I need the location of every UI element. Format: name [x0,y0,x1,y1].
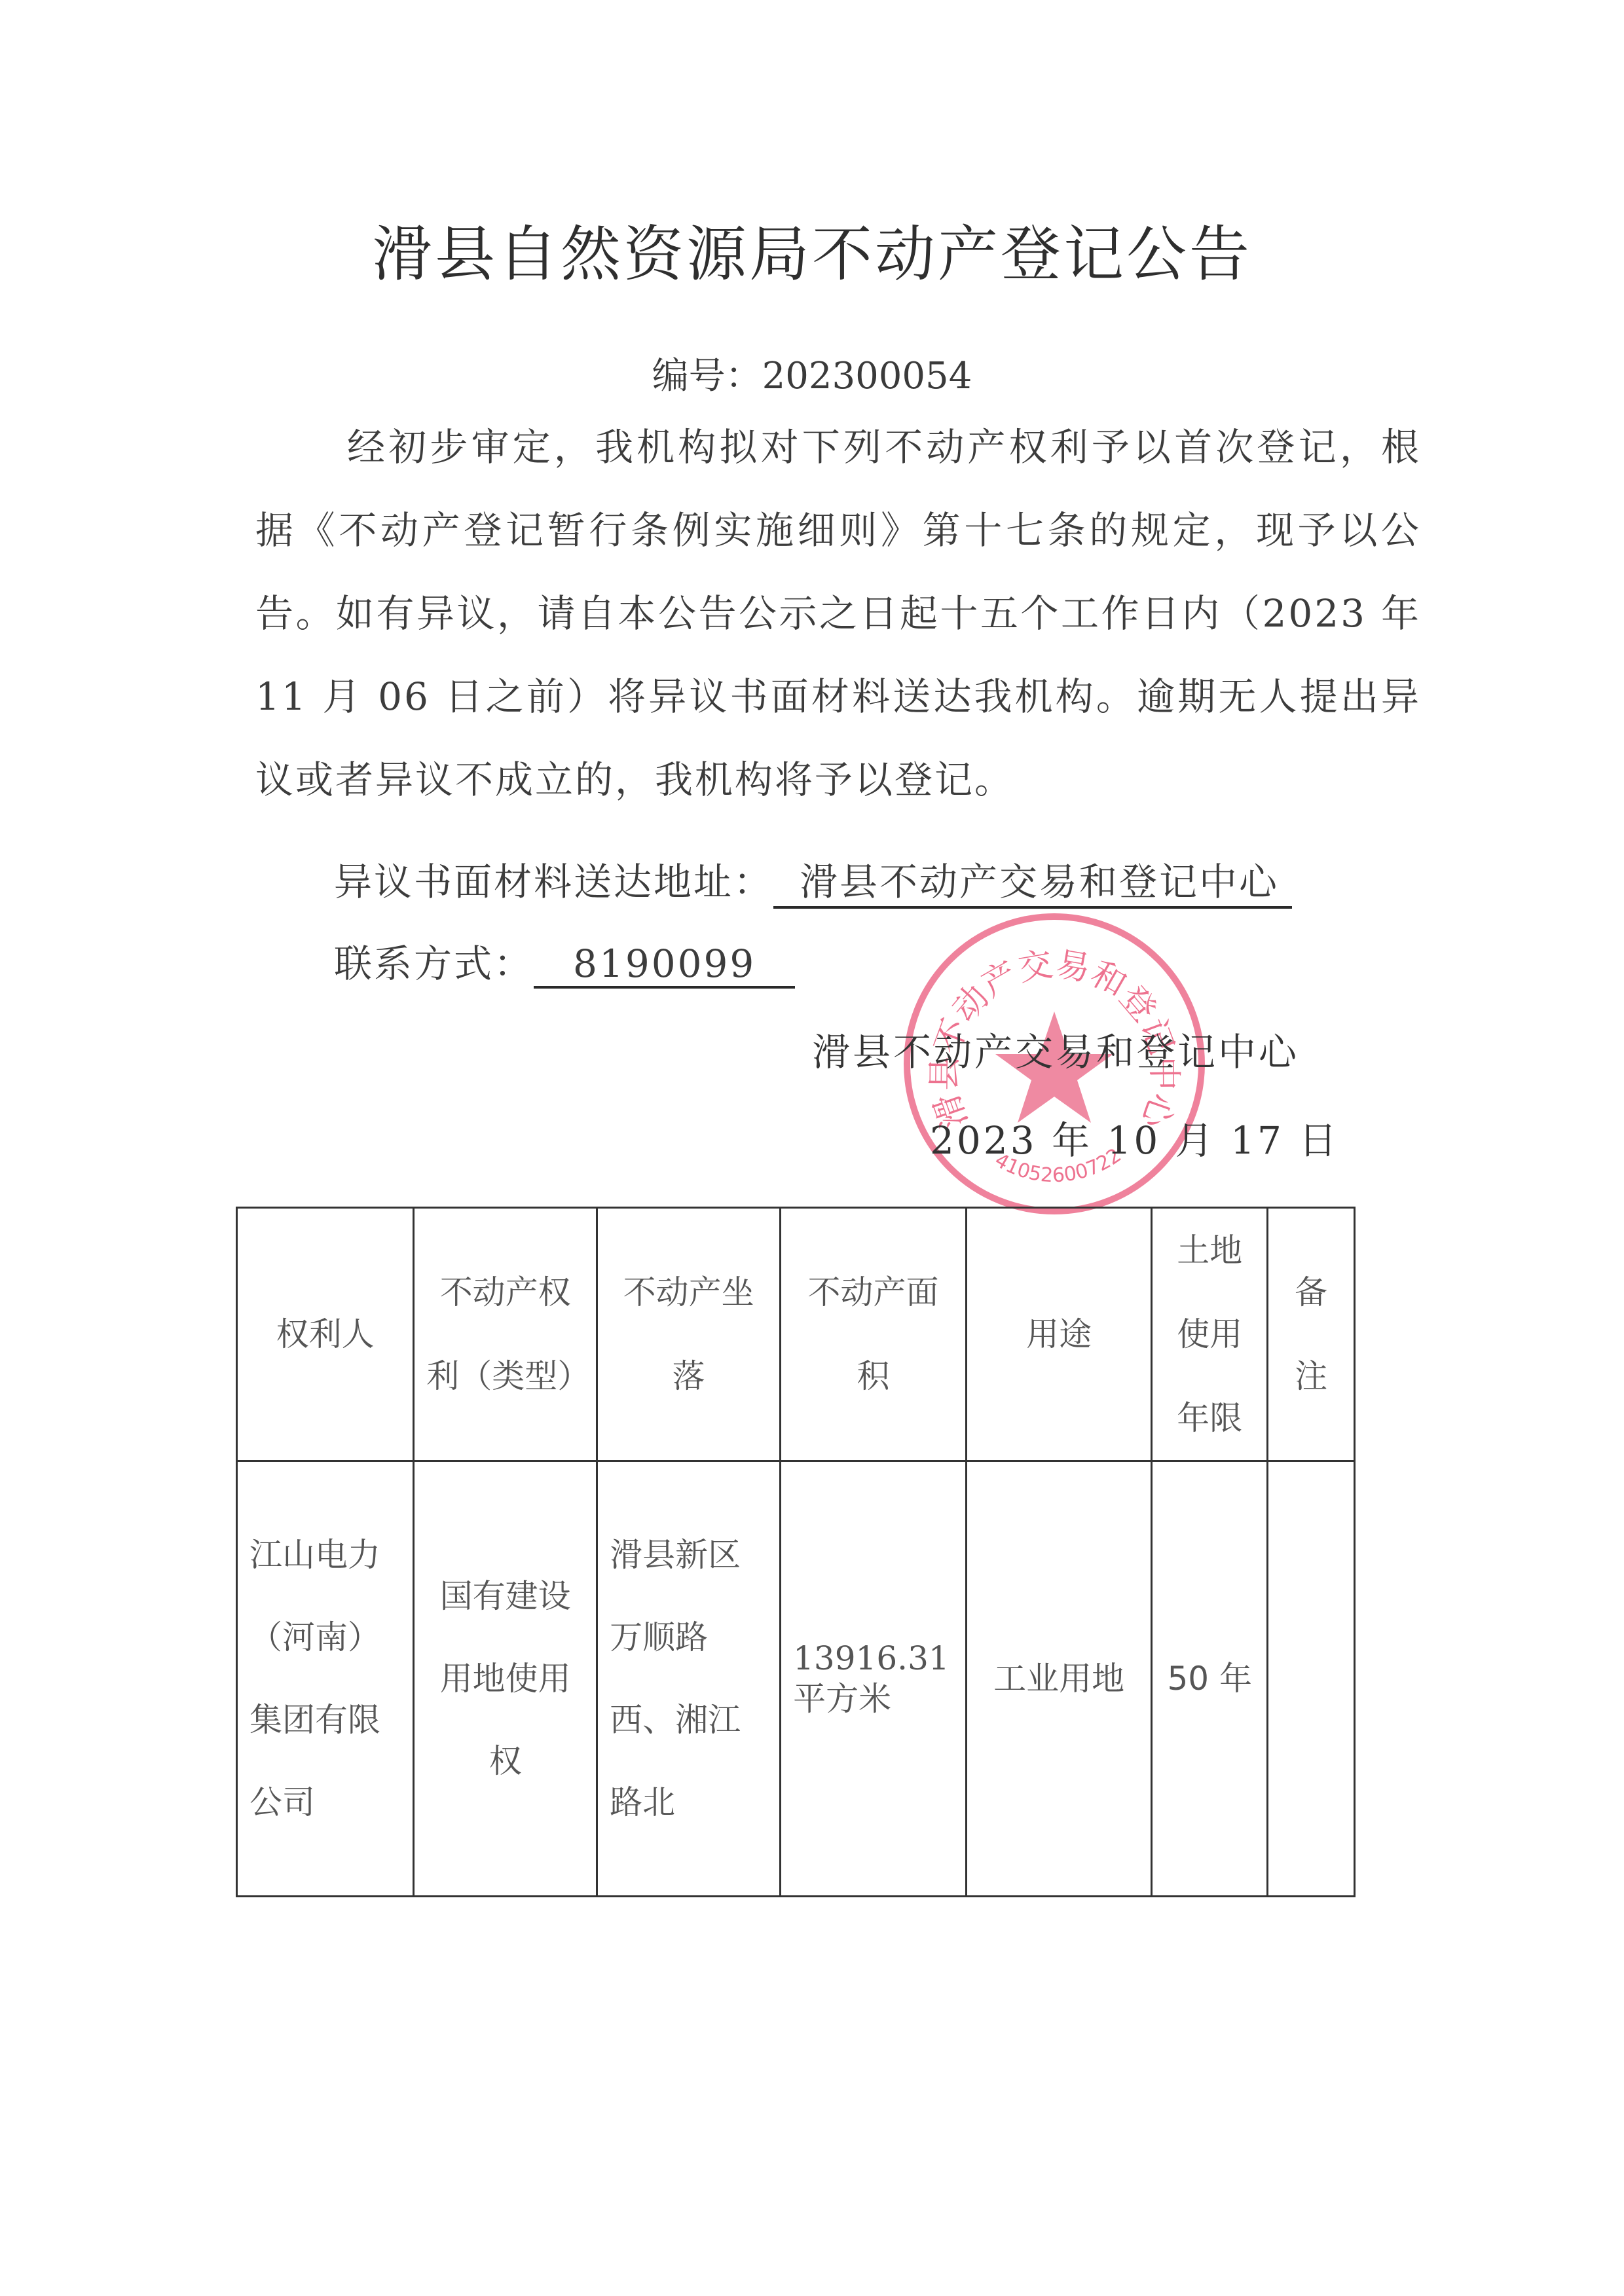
table-header-row: 权利人 不动产权利（类型） 不动产坐落 不动产面积 用途 土地使用年限 备注 [237,1208,1355,1461]
cell-right-type: 国有建设用地使用权 [414,1461,597,1897]
header-area: 不动产面积 [781,1208,967,1461]
cell-area-value: 13916.31 [793,1638,953,1679]
header-owner: 权利人 [237,1208,414,1461]
cell-area-unit: 平方米 [793,1679,953,1719]
table-row: 江山电力（河南）集团有限公司 国有建设用地使用权 滑县新区万顺路西、湘江路北 1… [237,1461,1355,1897]
issue-date: 2023 年 10 月 17 日 [930,1110,1339,1165]
cell-owner: 江山电力（河南）集团有限公司 [237,1461,414,1897]
contact-value: 8190099 [534,941,795,989]
contact-line: 联系方式：8190099 [334,933,795,989]
notice-body: 经初步审定，我机构拟对下列不动产权利予以首次登记，根据《不动产登记暂行条例实施细… [255,406,1421,822]
cell-location: 滑县新区万顺路西、湘江路北 [597,1461,781,1897]
cell-use: 工业用地 [966,1461,1151,1897]
cell-area: 13916.31 平方米 [781,1461,967,1897]
objection-address-value: 滑县不动产交易和登记中心 [773,851,1292,909]
objection-address-line: 异议书面材料送达地址：滑县不动产交易和登记中心 [334,851,1292,909]
contact-label: 联系方式： [334,941,534,986]
document-number-label: 编号： [652,355,762,397]
objection-address-label: 异议书面材料送达地址： [334,860,773,904]
header-term: 土地使用年限 [1152,1208,1268,1461]
header-location: 不动产坐落 [597,1208,781,1461]
document-number-value: 202300054 [762,355,972,397]
cell-remark [1268,1461,1355,1897]
header-use: 用途 [966,1208,1151,1461]
cell-term: 50 年 [1152,1461,1268,1897]
issuer-name: 滑县不动产交易和登记中心 [812,1021,1299,1076]
header-remark: 备注 [1268,1208,1355,1461]
registration-table: 权利人 不动产权利（类型） 不动产坐落 不动产面积 用途 土地使用年限 备注 江… [236,1207,1356,1897]
document-number: 编号：202300054 [0,347,1624,399]
page-title: 滑县自然资源局不动产登记公告 [0,206,1624,293]
header-right-type: 不动产权利（类型） [414,1208,597,1461]
